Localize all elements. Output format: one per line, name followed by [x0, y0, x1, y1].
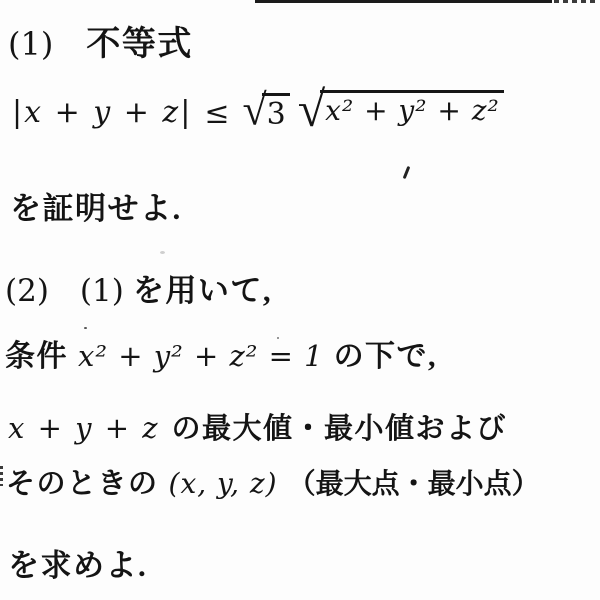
- radical-sign: √: [242, 90, 266, 130]
- when-prefix: そのときの: [6, 461, 159, 502]
- document-page: (1) 不等式 |x + y + z| ≤ √ 3 √ x² + y² + z²…: [0, 0, 600, 600]
- scan-speck: [160, 251, 165, 254]
- part1-heading: 不等式: [86, 16, 193, 65]
- scan-speck: [84, 327, 87, 329]
- condition-math: x² + y² + z² = 1: [78, 339, 324, 373]
- part2-when-line: そのときの (x, y, z) （最大点・最小点）: [6, 461, 540, 502]
- scan-stray-tick: [403, 166, 411, 179]
- part1-formula: |x + y + z| ≤ √ 3 √ x² + y² + z²: [12, 90, 504, 135]
- objective-text: の最大値・最小値および: [172, 406, 508, 447]
- condition-prefix: 条件: [5, 331, 68, 375]
- part2-instruction-line: を求めよ.: [8, 540, 147, 585]
- radical-sign: √: [298, 87, 325, 132]
- sqrt-main: √ x² + y² + z²: [298, 90, 504, 135]
- when-note: （最大点・最小点）: [288, 462, 540, 502]
- when-math: (x, y, z): [169, 467, 278, 500]
- part2-objective-line: x + y + z の最大値・最小値および: [8, 406, 507, 447]
- part1-instruction-line: を証明せよ.: [10, 183, 182, 228]
- sqrt-coefficient: √ 3: [242, 93, 289, 133]
- part1-label: (1): [8, 25, 53, 63]
- part2-condition-line: 条件 x² + y² + z² = 1 の下で,: [5, 331, 437, 375]
- scan-edge-rule-dashes: [554, 0, 598, 3]
- part2-intro-ref: (1): [80, 273, 124, 309]
- objective-math: x + y + z: [8, 411, 160, 445]
- part2-label: (2): [5, 273, 49, 309]
- formula-lhs: |x + y + z|: [12, 95, 192, 130]
- part1-heading-line: (1) 不等式: [8, 16, 193, 65]
- sqrt-main-radicand: x² + y² + z²: [320, 90, 504, 127]
- scan-edge-rule: [255, 0, 552, 3]
- part1-instruction: を証明せよ.: [10, 183, 182, 228]
- part2-intro-text: を用いて,: [133, 265, 272, 310]
- scan-left-edge-mark: [0, 466, 3, 486]
- part2-instruction: を求めよ.: [8, 540, 147, 585]
- leq-symbol: ≤: [204, 96, 230, 131]
- condition-suffix: の下で,: [334, 331, 438, 375]
- part2-intro-line: (2) (1) を用いて,: [5, 265, 272, 310]
